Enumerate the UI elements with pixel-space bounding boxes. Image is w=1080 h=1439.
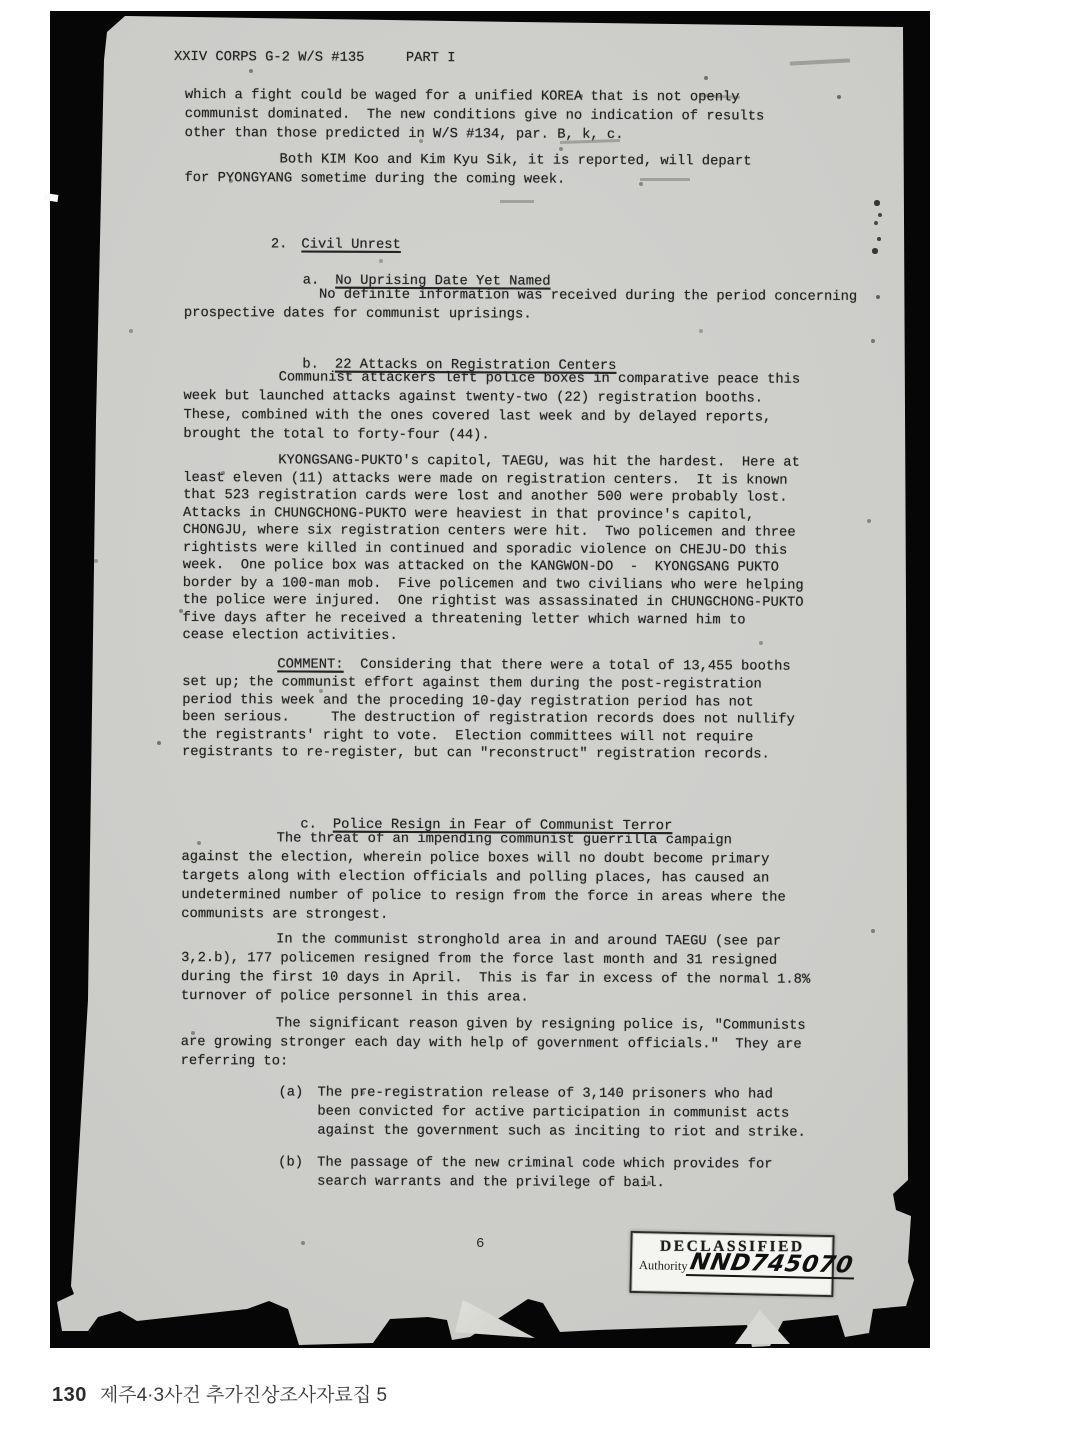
paragraph-taegu-resignations: In the communist stronghold area in and … bbox=[181, 930, 921, 1009]
text-line: search warrants and the privilege of bai… bbox=[317, 1173, 937, 1195]
list-item-marker: (a) bbox=[278, 1083, 303, 1102]
paragraph-guerrilla-threat: The threat of an impending communist gue… bbox=[181, 829, 921, 927]
paragraph-comment: COMMENT: Considering that there were a t… bbox=[182, 655, 922, 765]
text-line: prospective dates for communist uprising… bbox=[184, 304, 924, 326]
declassified-stamp: DECLASSIFIED Authority NND745070 bbox=[629, 1231, 834, 1297]
text-line: turnover of police personnel in this are… bbox=[181, 987, 921, 1009]
text-line: communists are strongest. bbox=[181, 905, 921, 927]
document-header: XXIV CORPS G-2 W/S #135 PART I bbox=[174, 48, 456, 68]
heading-title: Civil Unrest bbox=[301, 238, 400, 253]
stamp-authority-number: NND745070 bbox=[685, 1252, 857, 1279]
paragraph-attack-details: KYONGSANG-PUKTO's capitol, TAEGU, was hi… bbox=[182, 452, 923, 648]
comment-first-rest: Considering that there were a total of 1… bbox=[344, 658, 791, 675]
paragraph-no-definite-info: No definite information was received dur… bbox=[184, 285, 924, 326]
list-item-text: The pre-registration release of 3,140 pr… bbox=[317, 1084, 937, 1144]
list-item-b: (b) The passage of the new criminal code… bbox=[180, 1153, 937, 1194]
document-text: XXIV CORPS G-2 W/S #135 PART I which a f… bbox=[0, 0, 1080, 1439]
paragraph-attacks-summary: Communist attackers left police boxes in… bbox=[183, 368, 923, 447]
text-line: brought the total to forty-four (44). bbox=[183, 425, 923, 447]
scanned-document-page: XXIV CORPS G-2 W/S #135 PART I which a f… bbox=[0, 0, 1080, 1439]
text-line: are growing stronger each day with help … bbox=[181, 1033, 921, 1055]
book-footer: 130 제주4·3사건 추가진상조사자료집 5 bbox=[52, 1380, 387, 1407]
stamp-authority-label: Authority bbox=[639, 1258, 688, 1274]
book-page-number: 130 bbox=[52, 1384, 87, 1407]
paragraph-intro: which a fight could be waged for a unifi… bbox=[185, 86, 925, 146]
text-line: registrants to re-register, but can "rec… bbox=[182, 744, 922, 765]
text-line: cease election activities. bbox=[182, 627, 922, 648]
text-line: other than those predicted in W/S #134, … bbox=[185, 124, 925, 146]
text-line: referring to: bbox=[181, 1052, 921, 1074]
paragraph-kim-koo: Both KIM Koo and Kim Kyu Sik, it is repo… bbox=[184, 150, 924, 191]
comment-body: set up; the communist effort against the… bbox=[182, 674, 922, 765]
comment-label: COMMENT: bbox=[277, 657, 343, 672]
text-line: for PYONGYANG sometime during the coming… bbox=[184, 169, 924, 191]
text-line: against the government such as inciting … bbox=[317, 1122, 937, 1144]
list-item-marker: (b) bbox=[278, 1153, 303, 1172]
book-caption: 제주4·3사건 추가진상조사자료집 5 bbox=[100, 1380, 387, 1407]
list-item-a: (a) The pre-registration release of 3,14… bbox=[180, 1083, 937, 1143]
paragraph-resignation-reason: The significant reason given by resignin… bbox=[181, 1014, 921, 1074]
list-item-text: The passage of the new criminal code whi… bbox=[317, 1154, 937, 1195]
stamp-authority-row: Authority NND745070 bbox=[639, 1252, 832, 1280]
page-number: 6 bbox=[476, 1236, 484, 1252]
